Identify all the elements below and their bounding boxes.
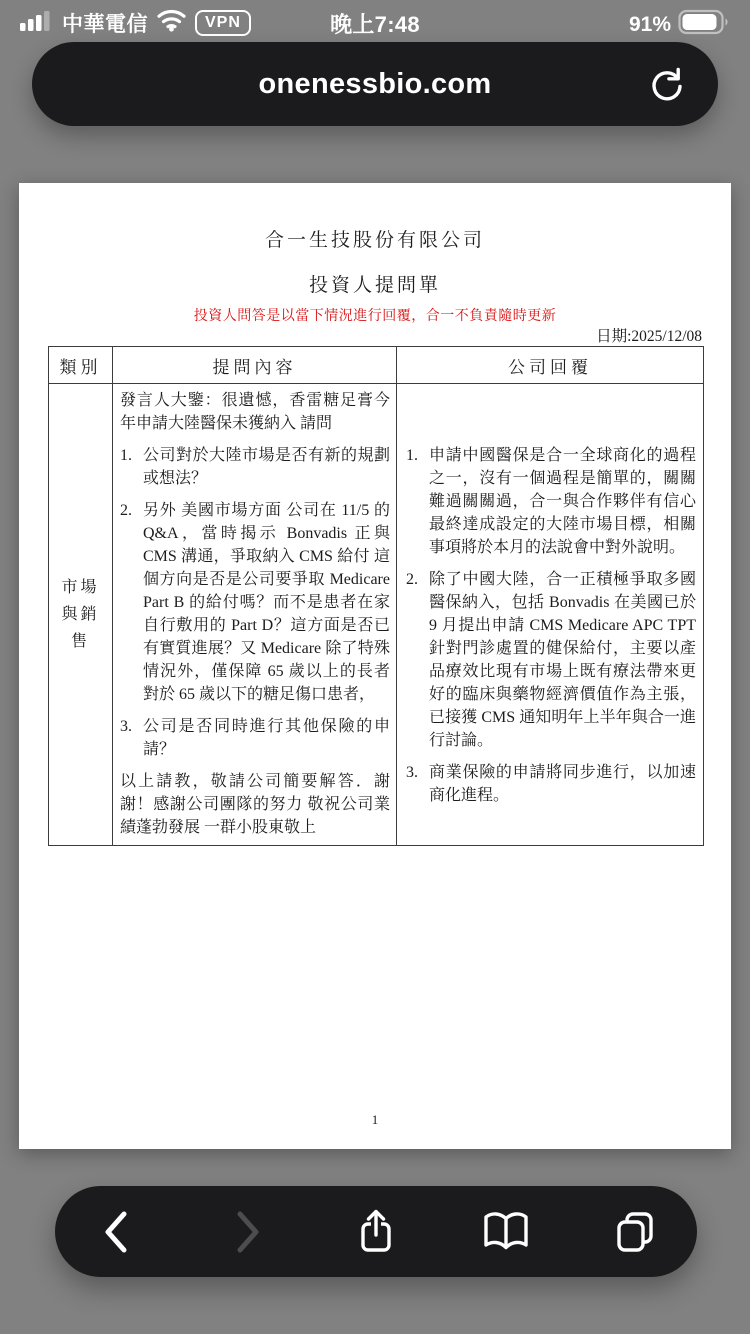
- header-category: 類別: [49, 347, 113, 384]
- tabs-button[interactable]: [611, 1208, 659, 1256]
- date-label: 日期:2025/12/08: [596, 324, 702, 346]
- question-intro: 發言人大鑒：很遺憾，香雷糖足膏今年申請大陸醫保未獲納入 請問: [120, 389, 390, 435]
- table-header-row: 類別 提問內容 公司回覆: [49, 347, 704, 384]
- reload-button[interactable]: [646, 64, 686, 104]
- share-button[interactable]: [352, 1208, 400, 1256]
- bookmarks-button[interactable]: [482, 1208, 530, 1256]
- question-closing: 以上請教，敬請公司簡要解答．謝謝！感謝公司團隊的努力 敬祝公司業績蓬勃發展 一群…: [120, 770, 390, 839]
- browser-toolbar: [55, 1186, 697, 1277]
- category-label: 市場與銷售: [62, 574, 100, 655]
- share-icon: [354, 1207, 398, 1257]
- status-bar: 中華電信 VPN 晚上7:48 91%: [0, 0, 750, 44]
- screen: { "status_bar": { "carrier": "中華電信", "vp…: [0, 0, 750, 1334]
- back-button[interactable]: [93, 1208, 141, 1256]
- disclaimer-text: 投資人問答是以當下情況進行回覆，合一不負責隨時更新: [19, 305, 731, 325]
- category-cell: 市場與銷售: [49, 384, 113, 846]
- url-bar[interactable]: onenessbio.com: [32, 42, 718, 126]
- reply-item: 3. 商業保險的申請將同步進行，以加速商化進程。: [406, 761, 696, 807]
- document-page: 合一生技股份有限公司 投資人提問單 投資人問答是以當下情況進行回覆，合一不負責隨…: [19, 183, 731, 1149]
- tabs-icon: [612, 1209, 658, 1255]
- url-text: onenessbio.com: [258, 68, 491, 101]
- table-row: 市場與銷售 發言人大鑒：很遺憾，香雷糖足膏今年申請大陸醫保未獲納入 請問 1. …: [49, 384, 704, 846]
- forward-button[interactable]: [223, 1208, 271, 1256]
- reply-cell: 1. 申請中國醫保是合一全球商化的過程之一，沒有一個過程是簡單的，關關難過關關過…: [397, 384, 704, 846]
- company-title: 合一生技股份有限公司: [19, 225, 731, 252]
- question-item: 2. 另外 美國市場方面 公司在 11/5 的 Q&A，當時揭示 Bonvadi…: [120, 499, 390, 706]
- question-item: 3. 公司是否同時進行其他保險的申請？: [120, 715, 390, 761]
- reply-item: 1. 申請中國醫保是合一全球商化的過程之一，沒有一個過程是簡單的，關關難過關關過…: [406, 444, 696, 559]
- header-question: 提問內容: [113, 347, 397, 384]
- question-cell: 發言人大鑒：很遺憾，香雷糖足膏今年申請大陸醫保未獲納入 請問 1. 公司對於大陸…: [113, 384, 397, 846]
- page-number: 1: [19, 1112, 731, 1128]
- battery-percent-label: 91%: [629, 13, 671, 37]
- document-title: 投資人提問單: [19, 270, 731, 297]
- header-reply: 公司回覆: [397, 347, 704, 384]
- reload-icon: [647, 65, 685, 103]
- book-icon: [482, 1210, 530, 1254]
- qa-table: 類別 提問內容 公司回覆 市場與銷售 發言人大鑒：很遺憾，香雷糖足膏今年申請大陸…: [48, 346, 704, 846]
- chevron-right-icon: [227, 1209, 267, 1255]
- question-item: 1. 公司對於大陸市場是否有新的規劃或想法？: [120, 444, 390, 490]
- reply-item: 2. 除了中國大陸，合一正積極爭取多國醫保納入，包括 Bonvadis 在美國已…: [406, 568, 696, 752]
- chevron-left-icon: [97, 1209, 137, 1255]
- battery-icon: [678, 9, 730, 40]
